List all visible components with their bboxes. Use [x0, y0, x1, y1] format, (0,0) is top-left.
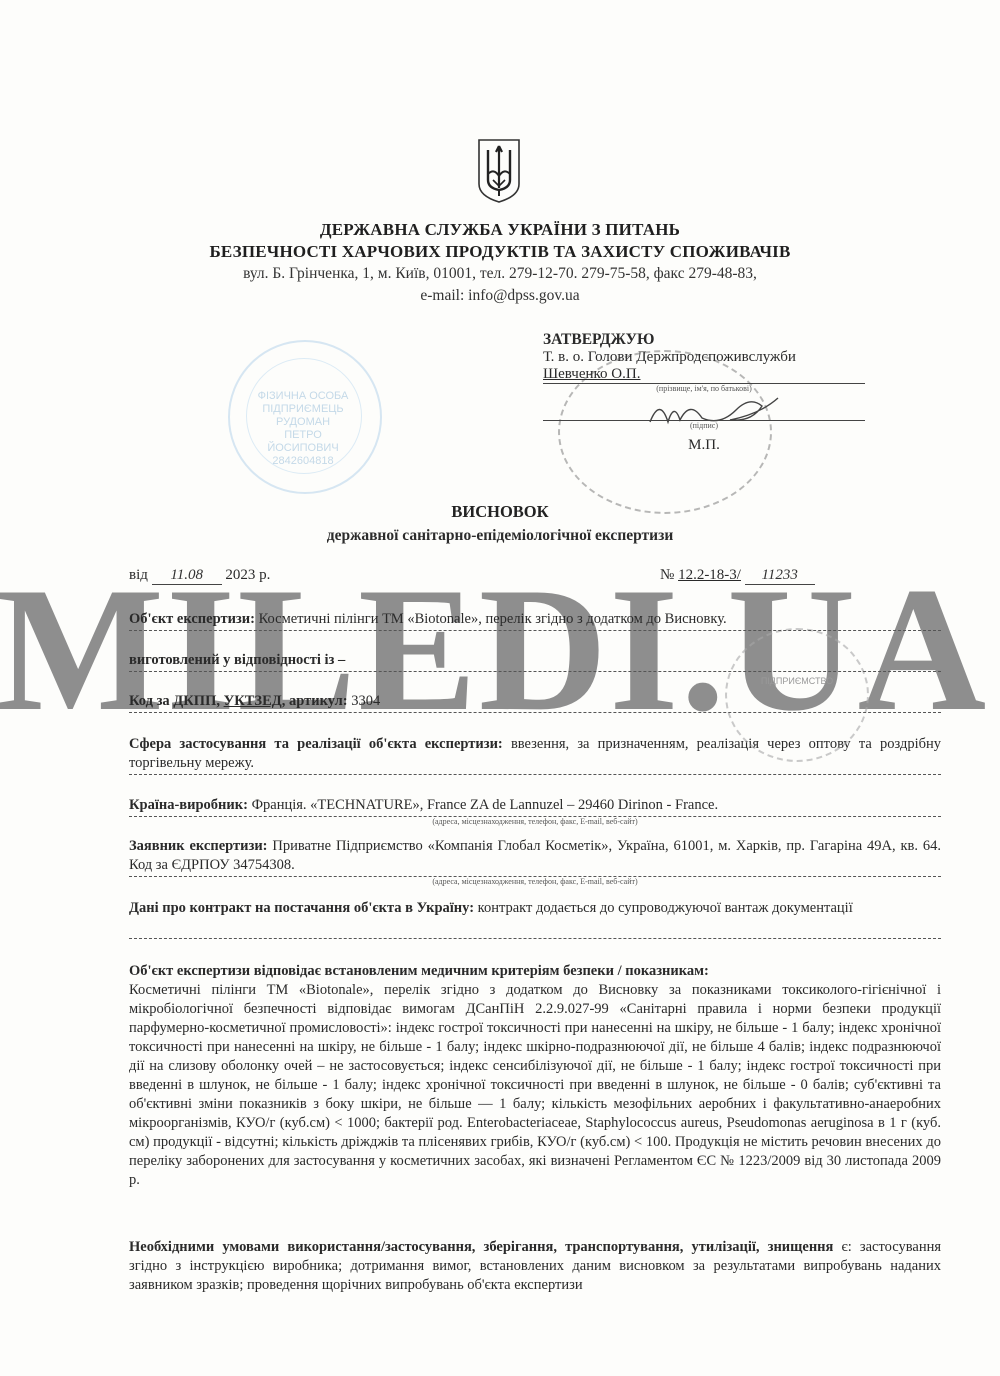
- rule: [129, 938, 941, 939]
- approval-position: Т. в. о. Голови Держпродспоживслужби: [543, 349, 865, 366]
- seal-label: М.П.: [543, 437, 865, 454]
- field-contract: Дані про контракт на постачання об'єкта …: [129, 899, 941, 918]
- ukraine-trident-icon: [476, 138, 522, 204]
- criteria-heading: Об'єкт експертизи відповідає встановлени…: [129, 963, 709, 979]
- field-applicant: Заявник експертизи: Приватне Підприємств…: [129, 837, 941, 875]
- conditions-heading: Необхідними умовами використання/застосу…: [129, 1239, 833, 1255]
- country-caption: (адреса, місцезнаходження, телефон, факс…: [129, 817, 941, 827]
- right-stamp-text: ПІДПРИЄМСТВО: [752, 676, 842, 686]
- rule: [129, 774, 941, 775]
- agency-address: вул. Б. Грінченка, 1, м. Київ, 01001, те…: [0, 265, 1000, 283]
- approval-name: Шевченко О.П.: [543, 366, 865, 384]
- field-code: Код за ДКПП, УКТЗЕД, артикул: 3304: [129, 692, 941, 711]
- document-subtitle: державної санітарно-епідеміологічної екс…: [0, 527, 1000, 545]
- agency-name-line2: БЕЗПЕЧНОСТІ ХАРЧОВИХ ПРОДУКТІВ ТА ЗАХИСТ…: [0, 242, 1000, 262]
- field-country: Країна-виробник: Франція. «TECHNATURE», …: [129, 796, 941, 815]
- criteria-body: Косметичні пілінги ТМ «Biotonale», перел…: [129, 982, 941, 1188]
- rule: [129, 671, 941, 672]
- approval-title: ЗАТВЕРДЖУЮ: [543, 331, 865, 349]
- conditions-section: Необхідними умовами використання/застосу…: [129, 1238, 941, 1295]
- left-stamp-text: ФІЗИЧНА ОСОБА ПІДПРИЄМЕЦЬ РУДОМАН ПЕТРО …: [228, 390, 378, 468]
- handwritten-signature: [640, 392, 780, 432]
- agency-email: e-mail: info@dpss.gov.ua: [0, 287, 1000, 305]
- agency-name-line1: ДЕРЖАВНА СЛУЖБА УКРАЇНИ З ПИТАНЬ: [0, 220, 1000, 240]
- rule: [129, 630, 941, 631]
- field-object: Об'єкт експертизи: Косметичні пілінги ТМ…: [129, 610, 941, 629]
- criteria-section: Об'єкт експертизи відповідає встановлени…: [129, 962, 941, 1190]
- field-made-according: виготовлений у відповідності із –: [129, 651, 941, 670]
- rule: [129, 712, 941, 713]
- applicant-caption: (адреса, місцезнаходження, телефон, факс…: [129, 877, 941, 887]
- document-title: ВИСНОВОК: [0, 502, 1000, 522]
